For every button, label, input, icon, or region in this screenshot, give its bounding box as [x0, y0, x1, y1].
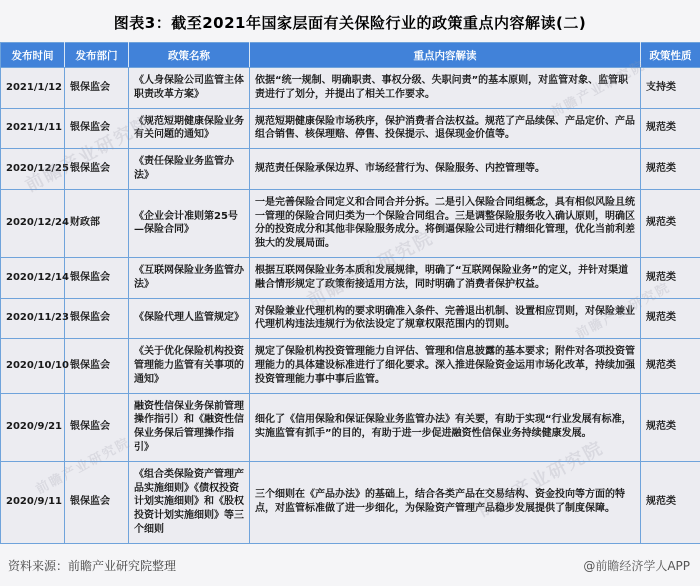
cell-key-content: 规范责任保险承保边界、市场经营行为、保险服务、内控管理等。 — [250, 149, 641, 190]
cell-key-content: 三个细则在《产品办法》的基础上，结合各类产品在交易结构、资金投向等方面的特点，对… — [250, 461, 641, 543]
table-row: 2020/12/24 财政部 《企业会计准则第25号—保险合同》 一是完善保险合… — [1, 189, 700, 257]
cell-policy-name: 《责任保险业务监管办法》 — [129, 149, 250, 190]
cell-policy-nature: 规范类 — [641, 298, 700, 339]
table-row: 2020/10/10 银保监会 《关于优化保险机构投资管理能力监管有关事项的通知… — [1, 339, 700, 393]
source-note: 资料来源：前瞻产业研究院整理 — [8, 557, 176, 574]
cell-policy-name: 《组合类保险资产管理产品实施细则》《债权投资计划实施细则》和《股权投资计划实施细… — [129, 461, 250, 543]
cell-policy-name: 融资性信保业务保前管理操作指引）和《融资性信保业务保后管理操作指引》 — [129, 393, 250, 461]
table-row: 2021/1/12 银保监会 《人身保险公司监管主体职责改革方案》 依据“统一规… — [1, 68, 700, 109]
cell-publish-dept: 银保监会 — [65, 68, 129, 109]
cell-policy-name: 《互联网保险业务监管办法》 — [129, 257, 250, 298]
cell-publish-date: 2021/1/12 — [1, 68, 65, 109]
footer: 资料来源：前瞻产业研究院整理 @前瞻经济学人APP — [0, 544, 700, 586]
cell-policy-name: 《保险代理人监管规定》 — [129, 298, 250, 339]
cell-policy-nature: 规范类 — [641, 339, 700, 393]
cell-key-content: 规定了保险机构投资管理能力自评估、管理和信息披露的基本要求；附件对各项投资管理能… — [250, 339, 641, 393]
col-header-publish-date: 发布时间 — [1, 43, 65, 68]
cell-publish-date: 2020/12/24 — [1, 189, 65, 257]
cell-publish-date: 2020/10/10 — [1, 339, 65, 393]
figure-container: 图表3：截至2021年国家层面有关保险行业的政策重点内容解读(二) 发布时间 发… — [0, 0, 700, 586]
col-header-key-content: 重点内容解读 — [250, 43, 641, 68]
cell-policy-name: 《企业会计准则第25号—保险合同》 — [129, 189, 250, 257]
cell-policy-nature: 规范类 — [641, 461, 700, 543]
cell-policy-nature: 规范类 — [641, 108, 700, 149]
cell-publish-date: 2021/1/11 — [1, 108, 65, 149]
cell-publish-date: 2020/12/25 — [1, 149, 65, 190]
cell-policy-name: 《规范短期健康保险业务有关问题的通知》 — [129, 108, 250, 149]
cell-policy-nature: 规范类 — [641, 257, 700, 298]
credit-note: @前瞻经济学人APP — [583, 557, 690, 574]
cell-key-content: 一是完善保险合同定义和合同合并分拆。二是引入保险合同组概念，具有相似风险且统一管… — [250, 189, 641, 257]
cell-policy-name: 《人身保险公司监管主体职责改革方案》 — [129, 68, 250, 109]
cell-publish-dept: 银保监会 — [65, 149, 129, 190]
cell-publish-date: 2020/9/21 — [1, 393, 65, 461]
cell-policy-nature: 支持类 — [641, 68, 700, 109]
col-header-policy-nature: 政策性质 — [641, 43, 700, 68]
col-header-policy-name: 政策名称 — [129, 43, 250, 68]
table-header-row: 发布时间 发布部门 政策名称 重点内容解读 政策性质 — [1, 43, 700, 68]
cell-policy-name: 《关于优化保险机构投资管理能力监管有关事项的通知》 — [129, 339, 250, 393]
table-row: 2020/9/21 银保监会 融资性信保业务保前管理操作指引）和《融资性信保业务… — [1, 393, 700, 461]
cell-key-content: 根据互联网保险业务本质和发展规律，明确了“互联网保险业务”的定义，并针对渠道融合… — [250, 257, 641, 298]
cell-policy-nature: 规范类 — [641, 149, 700, 190]
cell-publish-dept: 银保监会 — [65, 339, 129, 393]
cell-publish-dept: 银保监会 — [65, 298, 129, 339]
cell-publish-dept: 财政部 — [65, 189, 129, 257]
policy-table: 发布时间 发布部门 政策名称 重点内容解读 政策性质 2021/1/12 银保监… — [0, 42, 700, 544]
cell-publish-date: 2020/9/11 — [1, 461, 65, 543]
cell-publish-date: 2020/12/14 — [1, 257, 65, 298]
table-row: 2020/9/11 银保监会 《组合类保险资产管理产品实施细则》《债权投资计划实… — [1, 461, 700, 543]
table-row: 2020/12/25 银保监会 《责任保险业务监管办法》 规范责任保险承保边界、… — [1, 149, 700, 190]
cell-key-content: 细化了《信用保险和保证保险业务监管办法》有关要，有助于实现“行业发展有标准，实施… — [250, 393, 641, 461]
cell-publish-dept: 银保监会 — [65, 257, 129, 298]
cell-policy-nature: 规范类 — [641, 189, 700, 257]
cell-publish-dept: 银保监会 — [65, 393, 129, 461]
table-row: 2020/11/23 银保监会 《保险代理人监管规定》 对保险兼业代理机构的要求… — [1, 298, 700, 339]
cell-key-content: 依据“统一规制、明确职责、事权分级、失职问责”的基本原则，对监管对象、监管职责进… — [250, 68, 641, 109]
cell-publish-date: 2020/11/23 — [1, 298, 65, 339]
cell-policy-nature: 规范类 — [641, 393, 700, 461]
cell-publish-dept: 银保监会 — [65, 108, 129, 149]
table-row: 2021/1/11 银保监会 《规范短期健康保险业务有关问题的通知》 规范短期健… — [1, 108, 700, 149]
col-header-publish-dept: 发布部门 — [65, 43, 129, 68]
cell-publish-dept: 银保监会 — [65, 461, 129, 543]
cell-key-content: 对保险兼业代理机构的要求明确准入条件、完善退出机制、设置相应罚则，对保险兼业代理… — [250, 298, 641, 339]
chart-title: 图表3：截至2021年国家层面有关保险行业的政策重点内容解读(二) — [0, 0, 700, 42]
table-row: 2020/12/14 银保监会 《互联网保险业务监管办法》 根据互联网保险业务本… — [1, 257, 700, 298]
cell-key-content: 规范短期健康保险市场秩序，保护消费者合法权益。规范了产品续保、产品定价、产品组合… — [250, 108, 641, 149]
